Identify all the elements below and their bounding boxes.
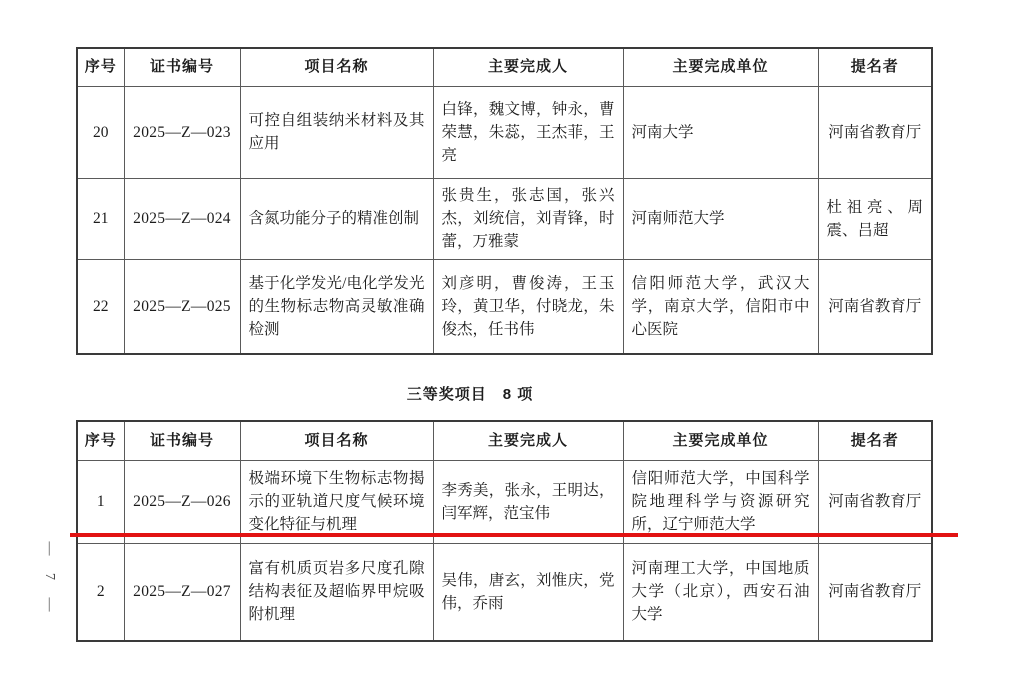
nominator-cell: 河南省教育厅	[818, 86, 932, 178]
units-cell: 信阳师范大学，武汉大学，南京大学，信阳市中心医院	[623, 259, 818, 354]
col-header-project: 项目名称	[240, 48, 433, 86]
col-header-project: 项目名称	[240, 421, 433, 460]
table-row: 2 2025—Z—027 富有机质页岩多尺度孔隙结构表征及超临界甲烷吸附机理 吴…	[77, 543, 932, 641]
people-cell: 白锋，魏文博，钟永，曹荣慧，朱蕊，王杰菲，王亮	[433, 86, 623, 178]
serial-cell: 2	[77, 543, 124, 641]
third-prize-table: 序号 证书编号 项目名称 主要完成人 主要完成单位 提名者 1 2025—Z—0…	[76, 420, 933, 642]
project-name-cell: 富有机质页岩多尺度孔隙结构表征及超临界甲烷吸附机理	[240, 543, 433, 641]
nominator-cell: 河南省教育厅	[818, 259, 932, 354]
table-header-row: 序号 证书编号 项目名称 主要完成人 主要完成单位 提名者	[77, 421, 932, 460]
nominator-cell: 杜祖亮、周震、吕超	[818, 178, 932, 259]
col-header-people: 主要完成人	[433, 48, 623, 86]
cert-number-cell: 2025—Z—026	[124, 460, 240, 543]
units-cell: 河南大学	[623, 86, 818, 178]
cert-number-cell: 2025—Z—027	[124, 543, 240, 641]
page-number: — 7 —	[41, 525, 57, 635]
col-header-nominator: 提名者	[818, 421, 932, 460]
serial-cell: 22	[77, 259, 124, 354]
second-prize-table: 序号 证书编号 项目名称 主要完成人 主要完成单位 提名者 20 2025—Z—…	[76, 47, 933, 355]
col-header-cert: 证书编号	[124, 48, 240, 86]
col-header-units: 主要完成单位	[623, 421, 818, 460]
red-underline-annotation	[70, 533, 958, 537]
cert-number-cell: 2025—Z—025	[124, 259, 240, 354]
project-name-cell: 基于化学发光/电化学发光的生物标志物高灵敏准确检测	[240, 259, 433, 354]
serial-cell: 1	[77, 460, 124, 543]
section-title: 三等奖项目 8 项	[0, 383, 940, 403]
table-header-row: 序号 证书编号 项目名称 主要完成人 主要完成单位 提名者	[77, 48, 932, 86]
project-name-cell: 极端环境下生物标志物揭示的亚轨道尺度气候环境变化特征与机理	[240, 460, 433, 543]
table-row: 1 2025—Z—026 极端环境下生物标志物揭示的亚轨道尺度气候环境变化特征与…	[77, 460, 932, 543]
nominator-cell: 河南省教育厅	[818, 460, 932, 543]
table-row: 21 2025—Z—024 含氮功能分子的精准创制 张贵生，张志国，张兴杰，刘统…	[77, 178, 932, 259]
units-cell: 河南师范大学	[623, 178, 818, 259]
col-header-serial: 序号	[77, 48, 124, 86]
people-cell: 张贵生，张志国，张兴杰，刘统信，刘青锋，时蕾，万雅蒙	[433, 178, 623, 259]
units-cell: 信阳师范大学，中国科学院地理科学与资源研究所，辽宁师范大学	[623, 460, 818, 543]
serial-cell: 20	[77, 86, 124, 178]
col-header-serial: 序号	[77, 421, 124, 460]
serial-cell: 21	[77, 178, 124, 259]
people-cell: 吴伟，唐玄，刘惟庆，党伟，乔雨	[433, 543, 623, 641]
units-cell: 河南理工大学，中国地质大学（北京），西安石油大学	[623, 543, 818, 641]
project-name-cell: 含氮功能分子的精准创制	[240, 178, 433, 259]
cert-number-cell: 2025—Z—023	[124, 86, 240, 178]
people-cell: 刘彦明，曹俊涛，王玉玲，黄卫华，付晓龙，朱俊杰，任书伟	[433, 259, 623, 354]
table-row: 22 2025—Z—025 基于化学发光/电化学发光的生物标志物高灵敏准确检测 …	[77, 259, 932, 354]
col-header-people: 主要完成人	[433, 421, 623, 460]
project-name-cell: 可控自组装纳米材料及其应用	[240, 86, 433, 178]
col-header-nominator: 提名者	[818, 48, 932, 86]
col-header-cert: 证书编号	[124, 421, 240, 460]
table-row: 20 2025—Z—023 可控自组装纳米材料及其应用 白锋，魏文博，钟永，曹荣…	[77, 86, 932, 178]
nominator-cell: 河南省教育厅	[818, 543, 932, 641]
people-cell: 李秀美，张永，王明达，闫军辉，范宝伟	[433, 460, 623, 543]
cert-number-cell: 2025—Z—024	[124, 178, 240, 259]
col-header-units: 主要完成单位	[623, 48, 818, 86]
